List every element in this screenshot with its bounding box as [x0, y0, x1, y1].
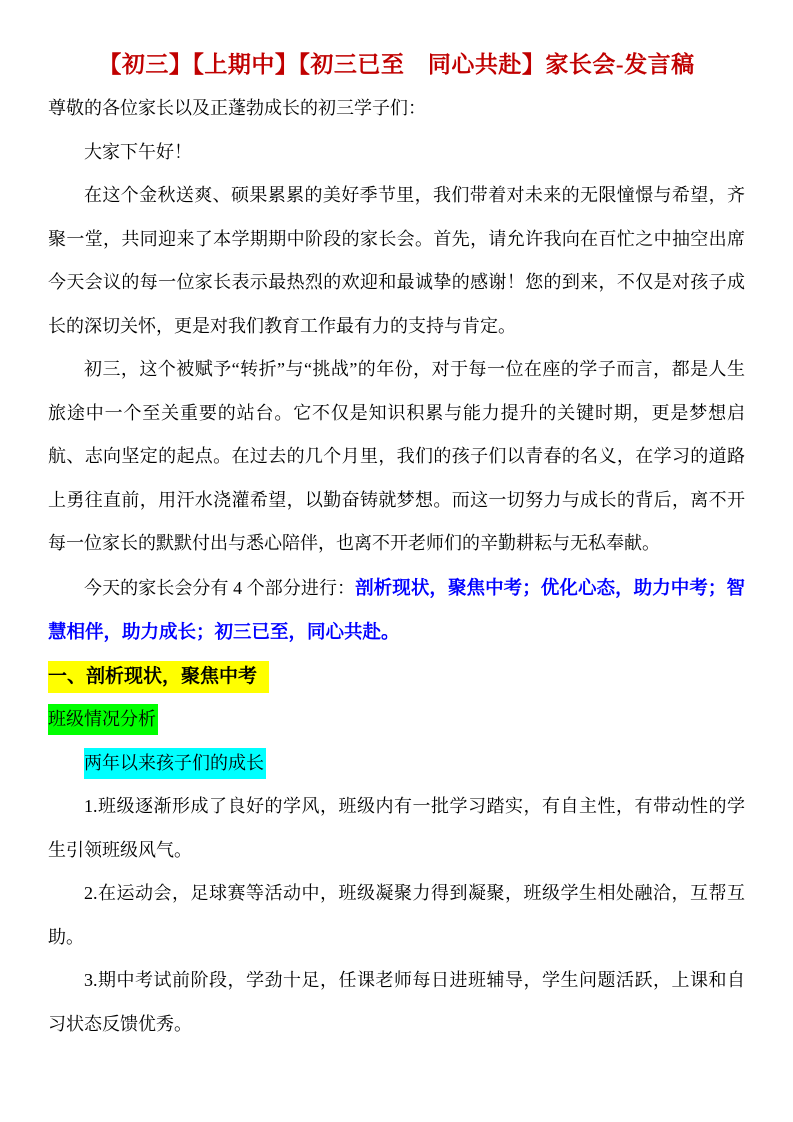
growth-heading-line: 两年以来孩子们的成长	[48, 742, 745, 786]
document-page: 【初三】【上期中】【初三已至 同心共赴】家长会-发言稿 尊敬的各位家长以及正蓬勃…	[0, 0, 793, 1122]
class-analysis-heading: 班级情况分析	[48, 704, 158, 735]
agenda-lead-text: 今天的家长会分有 4 个部分进行：	[84, 578, 355, 598]
agenda-paragraph: 今天的家长会分有 4 个部分进行：剖析现状，聚焦中考；优化心态，助力中考；智慧相…	[48, 566, 745, 655]
section1-heading-line: 一、剖析现状，聚焦中考	[48, 655, 745, 699]
document-title: 【初三】【上期中】【初三已至 同心共赴】家长会-发言稿	[48, 44, 745, 86]
growth-heading: 两年以来孩子们的成长	[84, 748, 266, 779]
section1-heading: 一、剖析现状，聚焦中考	[48, 661, 269, 693]
welcome-paragraph: 在这个金秋送爽、硕果累累的美好季节里，我们带着对未来的无限憧憬与希望，齐聚一堂，…	[48, 174, 745, 348]
salutation-line: 尊敬的各位家长以及正蓬勃成长的初三学子们：	[48, 87, 745, 131]
class-analysis-heading-line: 班级情况分析	[48, 698, 745, 742]
grade9-paragraph: 初三，这个被赋予“转折”与“挑战”的年份，对于每一位在座的学子而言，都是人生旅途…	[48, 348, 745, 566]
growth-point-1: 1.班级逐渐形成了良好的学风，班级内有一批学习踏实，有自主性，有带动性的学生引领…	[48, 785, 745, 872]
greeting-paragraph: 大家下午好！	[48, 131, 745, 175]
growth-point-2: 2.在运动会，足球赛等活动中，班级凝聚力得到凝聚，班级学生相处融洽，互帮互助。	[48, 872, 745, 959]
growth-point-3: 3.期中考试前阶段，学劲十足，任课老师每日进班辅导，学生问题活跃，上课和自习状态…	[48, 959, 745, 1046]
